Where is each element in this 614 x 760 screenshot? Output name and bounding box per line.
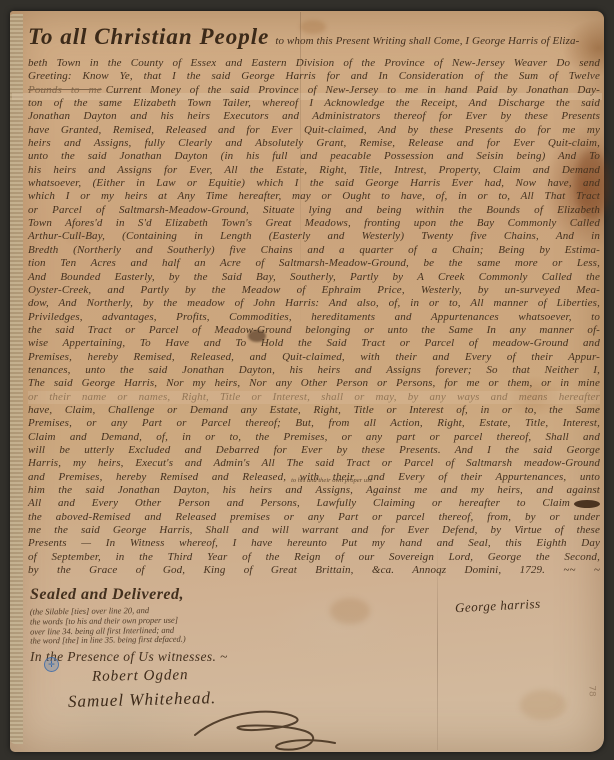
manuscript-line: ton of the same Elizabeth Town Tailer, w…: [28, 97, 600, 110]
manuscript-line: Jonathan Dayton and his heirs Executors …: [28, 110, 600, 123]
manuscript-line: Claim and Demand, of, in or to, the Prem…: [28, 431, 600, 444]
manuscript-line: Premises, hereby Remised, Released, and …: [28, 351, 600, 364]
signature-robert-ogden: Robert Ogden: [92, 667, 189, 686]
document-opening: To all Christian Peopleto whom this Pres…: [28, 24, 600, 50]
manuscript-line: me the said George Harris, Shall and wil…: [28, 524, 600, 537]
struck-words: Pounds to me: [28, 84, 102, 96]
manuscript-line: wise Appertaining, To Have and To Hold t…: [28, 337, 600, 350]
binding-edge: [10, 14, 23, 744]
ink-stain: [330, 598, 370, 624]
manuscript-line: the said Tract or Parcel of Meadow-Groun…: [28, 324, 600, 337]
manuscript-line: Premises, or any Part or Parcel thereof;…: [28, 417, 600, 430]
ink-stain: [520, 690, 566, 720]
manuscript-line: tion Ten Acres and half an Acre of Saltm…: [28, 257, 600, 270]
manuscript-line: Arthur-Cull-Bay, (Containing in Length (…: [28, 230, 600, 243]
manuscript-line-faded: or their name or names, Right, Title or …: [28, 391, 600, 404]
manuscript-line: have Granted, Remised, Released and for …: [28, 124, 600, 137]
ink-blot: [574, 500, 600, 508]
manuscript-line-with-interlineation: to his and their own proper usehim the s…: [28, 484, 600, 497]
signature-flourish: [185, 705, 345, 755]
memorandum-line: the word [the] in line 35. being first d…: [30, 634, 280, 647]
manuscript-line: will be utterly Excluded and Debarred fo…: [28, 444, 600, 457]
manuscript-line: heirs and Assigns, fully Clearly and Abs…: [28, 137, 600, 150]
manuscript-line: unto the said Jonathan Dayton (in his fu…: [28, 150, 600, 163]
manuscript-line: tenances, unto the said Jonathan Dayton,…: [28, 364, 600, 377]
manuscript-line: Bredth (Northerly and Southerly) five Ch…: [28, 244, 600, 257]
manuscript-line: have, Claim, Challenge or Demand any Est…: [28, 404, 600, 417]
witness-presence-line: In the Presence of Us witnesses. ~: [30, 649, 330, 665]
sealed-delivered-line: Sealed and Delivered,: [30, 586, 330, 604]
interlined-note: to his and their own proper use: [291, 478, 372, 484]
manuscript-line: The said George Harris, Nor my heirs, No…: [28, 377, 600, 390]
manuscript-line: his heirs and Assigns for Ever, All the …: [28, 164, 600, 177]
manuscript-line: of September, in the Third Year of the R…: [28, 551, 600, 564]
manuscript-line: Harris, my heirs, Execut's and Admin's A…: [28, 457, 600, 470]
document-scan: To all Christian Peopleto whom this Pres…: [0, 0, 614, 760]
page-number: 78: [587, 685, 597, 696]
attestation-block: Sealed and Delivered, (the Silable [ties…: [30, 586, 330, 665]
interlineation-memorandum: (the Silable [ties] over line 20, and th…: [30, 604, 280, 646]
manuscript-line: dow, And Northerly, by the meadow of Joh…: [28, 297, 600, 310]
manuscript-line: Greeting: Know Ye, that I the said Georg…: [28, 70, 600, 83]
manuscript-line: Oyster-Creek, and Partly by the Meadow o…: [28, 284, 600, 297]
manuscript-line: Presents — In Witness whereof, I have he…: [28, 537, 600, 550]
manuscript-line: Town Afores'd in S'd Elizabeth Town's Gr…: [28, 217, 600, 230]
manuscript-line: by the Grace of God, King of Great Britt…: [28, 564, 600, 577]
manuscript-line: Pounds to meCurrent Money of the said Pr…: [28, 84, 600, 97]
manuscript-line: And Bounded Easterly, by the Said Bay, S…: [28, 271, 600, 284]
manuscript-line: whatsoever, (Either in Law or Equitie) w…: [28, 177, 600, 190]
archive-stamp-icon: ✛: [44, 657, 59, 672]
manuscript-line: beth Town in the County of Essex and Eas…: [28, 57, 600, 70]
manuscript-body: beth Town in the County of Essex and Eas…: [28, 57, 600, 577]
manuscript-line: or Parcel of Saltmarsh-Meadow-Ground, Si…: [28, 204, 600, 217]
manuscript-line: which I or my heirs at Any Time hereafte…: [28, 190, 600, 203]
manuscript-line: Priviledges, advantages, Profits, Commod…: [28, 311, 600, 324]
manuscript-line: the aboved-Remised and Released premises…: [28, 511, 600, 524]
opening-continuation: to whom this Present Writing shall Come,…: [275, 35, 579, 47]
manuscript-line-with-blot: All and Every Other Person and Persons, …: [28, 497, 600, 510]
opening-large-script: To all Christian People: [28, 24, 269, 49]
